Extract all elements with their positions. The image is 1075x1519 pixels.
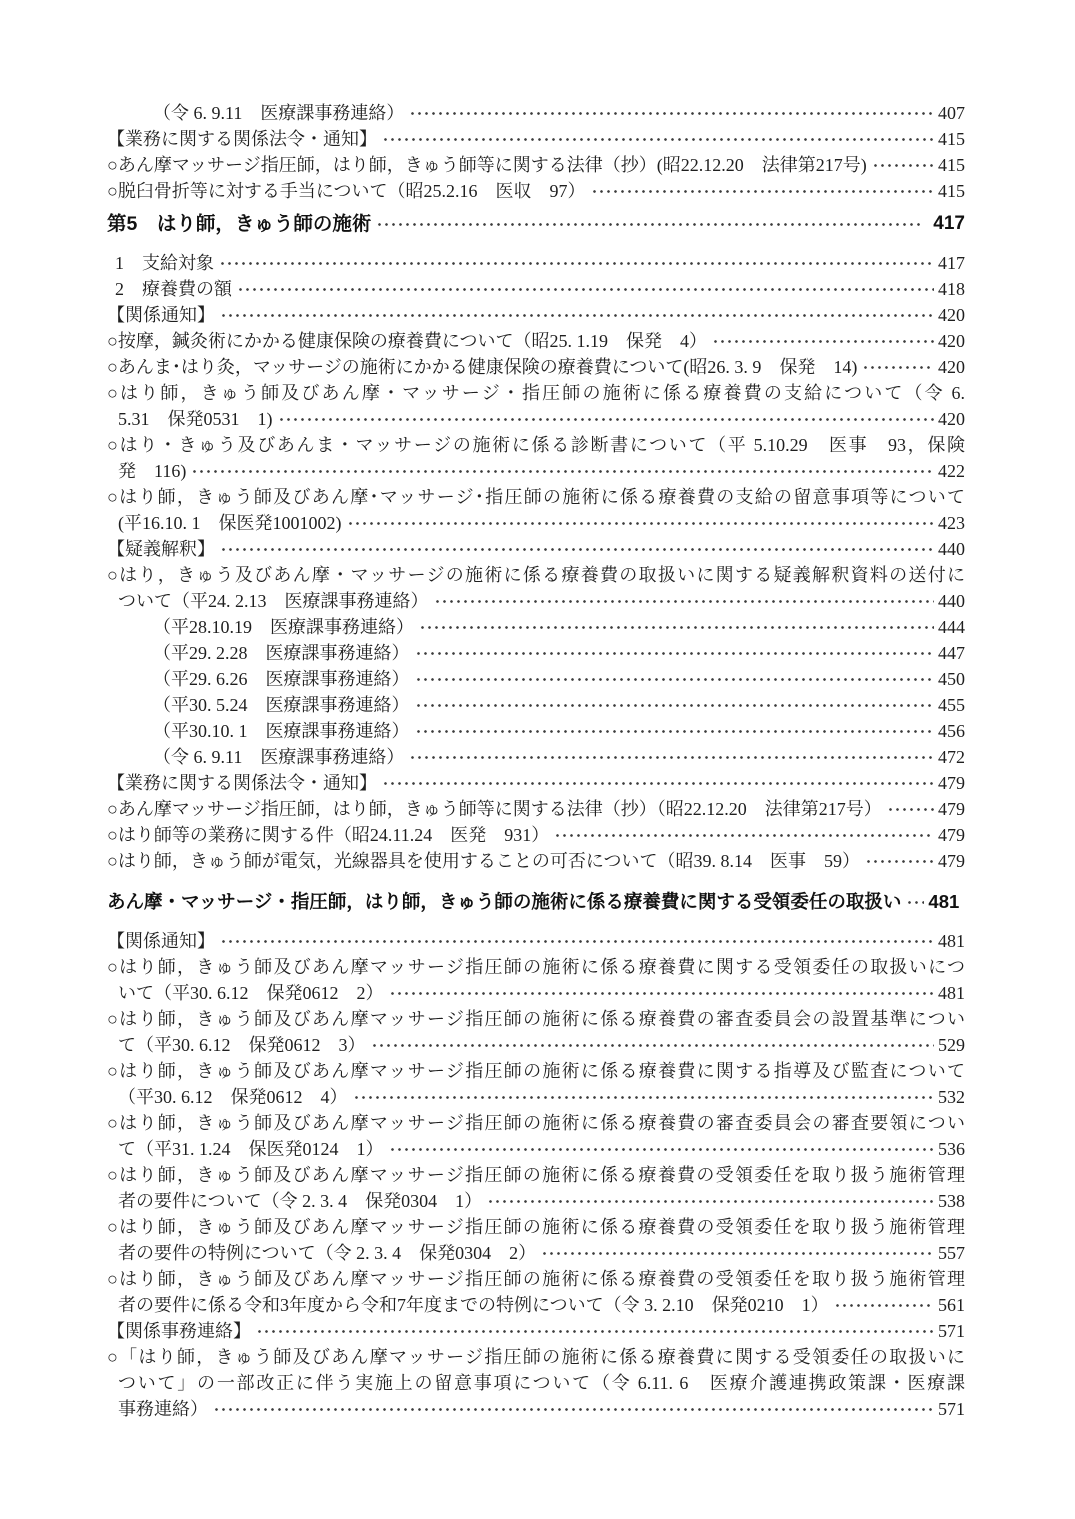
toc-entry-text: （平29. 6.26 医療課事務連絡）	[153, 666, 410, 692]
dot-leader	[220, 312, 934, 319]
toc-entry-text: いて（平30. 6.12 保発0612 2）	[118, 980, 384, 1006]
toc-entry: 【業務に関する関係法令・通知】479	[107, 770, 965, 796]
toc-entry: 5.31 保発0531 1)420	[107, 406, 965, 432]
page-number: 407	[938, 100, 965, 126]
page-number: 415	[938, 178, 965, 204]
toc-entry: (平16.10. 1 保医発1001002)423	[107, 510, 965, 536]
toc-entry-text: 【業務に関する関係法令・通知】	[107, 770, 377, 796]
page-number: 447	[938, 640, 965, 666]
page-number: 561	[938, 1292, 965, 1318]
dot-leader	[256, 1328, 934, 1335]
dot-leader	[415, 676, 935, 683]
toc-entry-text: ○はり師等の業務に関する件（昭24.11.24 医発 931）	[107, 822, 549, 848]
toc-entry: ○はり師，きゅう師及びあん摩マッサージ指圧師の施術に係る療養費に関する受領委任の…	[107, 954, 965, 980]
toc-entry-text: ○あん摩マッサージ指圧師，はり師，きゅう師等に関する法律（抄）(昭22.12.2…	[107, 152, 867, 178]
toc-entry: ○按摩，鍼灸術にかかる健康保険の療養費について（昭25. 1.19 保発 4）4…	[107, 328, 965, 354]
dot-leader	[376, 221, 920, 228]
toc-entry: ○脱臼骨折等に対する手当について（昭25.2.16 医収 97）415	[107, 178, 965, 204]
toc-entry-text: （平30.10. 1 医療課事務連絡）	[153, 718, 410, 744]
toc-entry: ○はり師，きゅう師が電気，光線器具を使用することの可否について（昭39. 8.1…	[107, 848, 965, 874]
page-number: 420	[938, 354, 965, 380]
page-number: 479	[938, 770, 965, 796]
toc-entry-text: 5.31 保発0531 1)	[118, 406, 273, 432]
page-number: 418	[938, 276, 965, 302]
toc-entry: 【疑義解釈】440	[107, 536, 965, 562]
toc-entry: ○はり師，きゅう師及びあん摩マッサージ指圧師の施術に係る療養費の受領委任を取り扱…	[107, 1266, 965, 1292]
page-number: 420	[938, 302, 965, 328]
toc-heading-text: あん摩・マッサージ・指圧師，はり師，きゅう師の施術に係る療養費に関する受領委任の…	[107, 889, 901, 915]
dot-leader	[712, 338, 934, 345]
toc-entry-text: 【業務に関する関係法令・通知】	[107, 126, 377, 152]
page-number: 479	[938, 796, 965, 822]
dot-leader	[865, 858, 934, 865]
toc-entry-text: ○はり・きゅう及びあんま・マッサージの施術に係る診断書について（平 5.10.2…	[107, 432, 965, 458]
toc-entry-text: 者の要件に係る令和3年度から令和7年度までの特例について（令 3. 2.10 保…	[118, 1292, 829, 1318]
page-number: 420	[938, 406, 965, 432]
page-number: 450	[938, 666, 965, 692]
toc-entry-text: （平29. 2.28 医療課事務連絡）	[153, 640, 410, 666]
toc-entry-text: ○はり師，きゅう師及びあん摩マッサージ指圧師の施術に係る療養費に関する受領委任の…	[107, 954, 965, 980]
toc-entry: （平30. 6.12 保発0612 4）532	[107, 1084, 965, 1110]
toc-entry: ○はり師，きゅう師及びあん摩マッサージ指圧師の施術に係る療養費の審査委員会の設置…	[107, 1006, 965, 1032]
toc-entry-text: ○はり師，きゅう師及びあん摩マッサージ指圧師の施術に係る療養費の審査委員会の審査…	[107, 1110, 965, 1136]
toc-entry: 者の要件に係る令和3年度から令和7年度までの特例について（令 3. 2.10 保…	[107, 1292, 965, 1318]
toc-entry-text: ついて」の一部改正に伴う実施上の留意事項について（令 6.11. 6 医療介護連…	[118, 1370, 965, 1396]
toc-entry-text: （令 6. 9.11 医療課事務連絡）	[153, 100, 404, 126]
page-number: 415	[938, 152, 965, 178]
toc-entry-text: ○はり，きゅう及びあん摩・マッサージの施術に係る療養費の取扱いに関する疑義解釈資…	[107, 562, 965, 588]
toc-entry-text: (平16.10. 1 保医発1001002)	[118, 510, 342, 536]
dot-leader	[191, 468, 934, 475]
toc-entry: （平30. 5.24 医療課事務連絡）455	[107, 692, 965, 718]
toc-entry-text: 者の要件について（令 2. 3. 4 保発0304 1）	[118, 1188, 482, 1214]
dot-leader	[541, 1250, 934, 1257]
toc-entry: ついて（平24. 2.13 医療課事務連絡）440	[107, 588, 965, 614]
toc-entry: ○はり師，きゅう師及びあん摩マッサージ指圧師の施術に係る療養費に関する指導及び監…	[107, 1058, 965, 1084]
toc-entry: （平28.10.19 医療課事務連絡）444	[107, 614, 965, 640]
dot-leader	[371, 1042, 935, 1049]
toc-entry-text: （平28.10.19 医療課事務連絡）	[153, 614, 414, 640]
toc-entry: いて（平30. 6.12 保発0612 2）481	[107, 980, 965, 1006]
toc-entry-text: ○はり師，きゅう師及びあん摩マッサージ指圧師の施術に係る療養費の受領委任を取り扱…	[107, 1214, 965, 1240]
dot-leader	[415, 650, 935, 657]
page-number: 479	[938, 822, 965, 848]
toc-entry-text: ○はり師，きゅう師及びあん摩マッサージ指圧師の施術に係る療養費に関する指導及び監…	[107, 1058, 965, 1084]
toc-entry: ○はり師，きゅう師及びあん摩・マッサージ・指圧師の施術に係る療養費の支給について…	[107, 380, 965, 406]
page-number: 481	[928, 889, 959, 915]
toc-entry: ○はり師等の業務に関する件（昭24.11.24 医発 931）479	[107, 822, 965, 848]
toc-entry-text: ○はり師，きゅう師及びあん摩･マッサージ･指圧師の施術に係る療養費の支給の留意事…	[107, 484, 965, 510]
page-number: 415	[938, 126, 965, 152]
document-page: （令 6. 9.11 医療課事務連絡）407【業務に関する関係法令・通知】415…	[0, 0, 1075, 1519]
dot-leader	[389, 990, 935, 997]
dot-leader	[487, 1198, 934, 1205]
dot-leader	[278, 416, 935, 423]
toc-entry: ○はり師，きゅう師及びあん摩マッサージ指圧師の施術に係る療養費の受領委任を取り扱…	[107, 1214, 965, 1240]
toc-entry: 【関係通知】481	[107, 928, 965, 954]
toc-entry-text: て（平31. 1.24 保医発0124 1）	[118, 1136, 384, 1162]
page-number: 536	[938, 1136, 965, 1162]
toc-entry: ○あん摩マッサージ指圧師，はり師，きゅう師等に関する法律（抄）(昭22.12.2…	[107, 152, 965, 178]
dot-leader	[419, 624, 934, 631]
toc-entry-text: 【疑義解釈】	[107, 536, 215, 562]
toc-entry-text: 発 116)	[118, 458, 186, 484]
dot-leader	[389, 1146, 935, 1153]
toc-entry: ○あんま･はり灸，マッサージの施術にかかる健康保険の療養費について(昭26. 3…	[107, 354, 965, 380]
dot-leader	[213, 1406, 934, 1413]
toc-entry-text: 【関係通知】	[107, 928, 215, 954]
toc-section-heading: あん摩・マッサージ・指圧師，はり師，きゅう師の施術に係る療養費に関する受領委任の…	[107, 889, 965, 915]
page-number: 455	[938, 692, 965, 718]
page-number: 571	[938, 1318, 965, 1344]
dot-leader	[382, 780, 934, 787]
toc-entry: ○はり師，きゅう師及びあん摩マッサージ指圧師の施術に係る療養費の審査委員会の審査…	[107, 1110, 965, 1136]
page-number: 529	[938, 1032, 965, 1058]
toc-entry-text: 者の要件の特例について（令 2. 3. 4 保発0304 2）	[118, 1240, 536, 1266]
toc-entry-text: （平30. 5.24 医療課事務連絡）	[153, 692, 410, 718]
toc-entry: て（平30. 6.12 保発0612 3）529	[107, 1032, 965, 1058]
toc-entry: 【業務に関する関係法令・通知】415	[107, 126, 965, 152]
toc-entry: （平29. 2.28 医療課事務連絡）447	[107, 640, 965, 666]
toc-entry: ○「はり師，きゅう師及びあん摩マッサージ指圧師の施術に係る療養費に関する受領委任…	[107, 1344, 965, 1370]
dot-leader	[862, 364, 934, 371]
toc-entry-text: 1 支給対象	[115, 250, 214, 276]
page-number: 422	[938, 458, 965, 484]
toc-entry-text: （令 6. 9.11 医療課事務連絡）	[153, 744, 404, 770]
toc-entry-text: ○あんま･はり灸，マッサージの施術にかかる健康保険の療養費について(昭26. 3…	[107, 354, 857, 380]
toc-entry: 2 療養費の額418	[107, 276, 965, 302]
toc-entry-text: ○脱臼骨折等に対する手当について（昭25.2.16 医収 97）	[107, 178, 586, 204]
toc-entry-text: ○はり師，きゅう師及びあん摩マッサージ指圧師の施術に係る療養費の受領委任を取り扱…	[107, 1266, 965, 1292]
dot-leader	[219, 260, 934, 267]
dot-leader	[554, 832, 934, 839]
toc-entry: （平29. 6.26 医療課事務連絡）450	[107, 666, 965, 692]
dot-leader	[887, 806, 934, 813]
page-number: 557	[938, 1240, 965, 1266]
toc-entry-text: 【関係通知】	[107, 302, 215, 328]
toc-entry: 者の要件について（令 2. 3. 4 保発0304 1）538	[107, 1188, 965, 1214]
page-number: 440	[938, 588, 965, 614]
toc-entry: 者の要件の特例について（令 2. 3. 4 保発0304 2）557	[107, 1240, 965, 1266]
page-number: 481	[938, 928, 965, 954]
toc-entry: ○はり師，きゅう師及びあん摩マッサージ指圧師の施術に係る療養費の受領委任を取り扱…	[107, 1162, 965, 1188]
dot-leader	[220, 546, 934, 553]
toc-entry: 1 支給対象417	[107, 250, 965, 276]
page-number: 532	[938, 1084, 965, 1110]
toc-entry: ○はり・きゅう及びあんま・マッサージの施術に係る診断書について（平 5.10.2…	[107, 432, 965, 458]
toc-entry-text: 事務連絡）	[118, 1396, 208, 1422]
toc-entry: 【関係通知】420	[107, 302, 965, 328]
toc-heading-text: 第5 はり師，きゅう師の施術	[107, 211, 371, 237]
toc-entry: て（平31. 1.24 保医発0124 1）536	[107, 1136, 965, 1162]
toc-entry-text: ○「はり師，きゅう師及びあん摩マッサージ指圧師の施術に係る療養費に関する受領委任…	[107, 1344, 965, 1370]
toc-entry-text: ○はり師，きゅう師及びあん摩マッサージ指圧師の施術に係る療養費の受領委任を取り扱…	[107, 1162, 965, 1188]
toc-entry-text: て（平30. 6.12 保発0612 3）	[118, 1032, 366, 1058]
table-of-contents: （令 6. 9.11 医療課事務連絡）407【業務に関する関係法令・通知】415…	[107, 100, 965, 1422]
toc-entry-text: （平30. 6.12 保発0612 4）	[118, 1084, 348, 1110]
page-number: 417	[938, 250, 965, 276]
toc-entry: 発 116)422	[107, 458, 965, 484]
dot-leader	[353, 1094, 935, 1101]
toc-entry: 事務連絡）571	[107, 1396, 965, 1422]
toc-entry-text: ○按摩，鍼灸術にかかる健康保険の療養費について（昭25. 1.19 保発 4）	[107, 328, 707, 354]
page-number: 417	[933, 211, 965, 237]
toc-entry-text: ○あん摩マッサージ指圧師，はり師，きゅう師等に関する法律（抄）（昭22.12.2…	[107, 796, 882, 822]
dot-leader	[872, 162, 934, 169]
toc-entry: （令 6. 9.11 医療課事務連絡）407	[107, 100, 965, 126]
dot-leader	[906, 899, 924, 906]
dot-leader	[220, 938, 934, 945]
page-number: 481	[938, 980, 965, 1006]
toc-entry: ○はり師，きゅう師及びあん摩･マッサージ･指圧師の施術に係る療養費の支給の留意事…	[107, 484, 965, 510]
toc-entry: ○はり，きゅう及びあん摩・マッサージの施術に係る療養費の取扱いに関する疑義解釈資…	[107, 562, 965, 588]
page-number: 571	[938, 1396, 965, 1422]
dot-leader	[382, 136, 934, 143]
dot-leader	[237, 286, 934, 293]
page-number: 440	[938, 536, 965, 562]
toc-entry: （平30.10. 1 医療課事務連絡）456	[107, 718, 965, 744]
page-number: 456	[938, 718, 965, 744]
page-number: 444	[938, 614, 965, 640]
toc-entry: ついて」の一部改正に伴う実施上の留意事項について（令 6.11. 6 医療介護連…	[107, 1370, 965, 1396]
page-number: 479	[938, 848, 965, 874]
toc-entry-text: 2 療養費の額	[115, 276, 232, 302]
toc-entry-text: ○はり師，きゅう師及びあん摩マッサージ指圧師の施術に係る療養費の審査委員会の設置…	[107, 1006, 965, 1032]
dot-leader	[591, 188, 934, 195]
page-number: 538	[938, 1188, 965, 1214]
dot-leader	[415, 728, 935, 735]
dot-leader	[415, 702, 935, 709]
page-number: 472	[938, 744, 965, 770]
dot-leader	[347, 520, 935, 527]
page-number: 420	[938, 328, 965, 354]
dot-leader	[409, 110, 934, 117]
toc-section-heading: 第5 はり師，きゅう師の施術417	[107, 211, 965, 237]
toc-entry-text: ○はり師，きゅう師及びあん摩・マッサージ・指圧師の施術に係る療養費の支給について…	[107, 380, 965, 406]
toc-entry-text: 【関係事務連絡】	[107, 1318, 251, 1344]
toc-entry: ○あん摩マッサージ指圧師，はり師，きゅう師等に関する法律（抄）（昭22.12.2…	[107, 796, 965, 822]
page-number: 423	[938, 510, 965, 536]
dot-leader	[434, 598, 935, 605]
toc-entry-text: ついて（平24. 2.13 医療課事務連絡）	[118, 588, 429, 614]
dot-leader	[409, 754, 934, 761]
toc-entry: 【関係事務連絡】571	[107, 1318, 965, 1344]
toc-entry: （令 6. 9.11 医療課事務連絡）472	[107, 744, 965, 770]
dot-leader	[834, 1302, 934, 1309]
toc-entry-text: ○はり師，きゅう師が電気，光線器具を使用することの可否について（昭39. 8.1…	[107, 848, 860, 874]
